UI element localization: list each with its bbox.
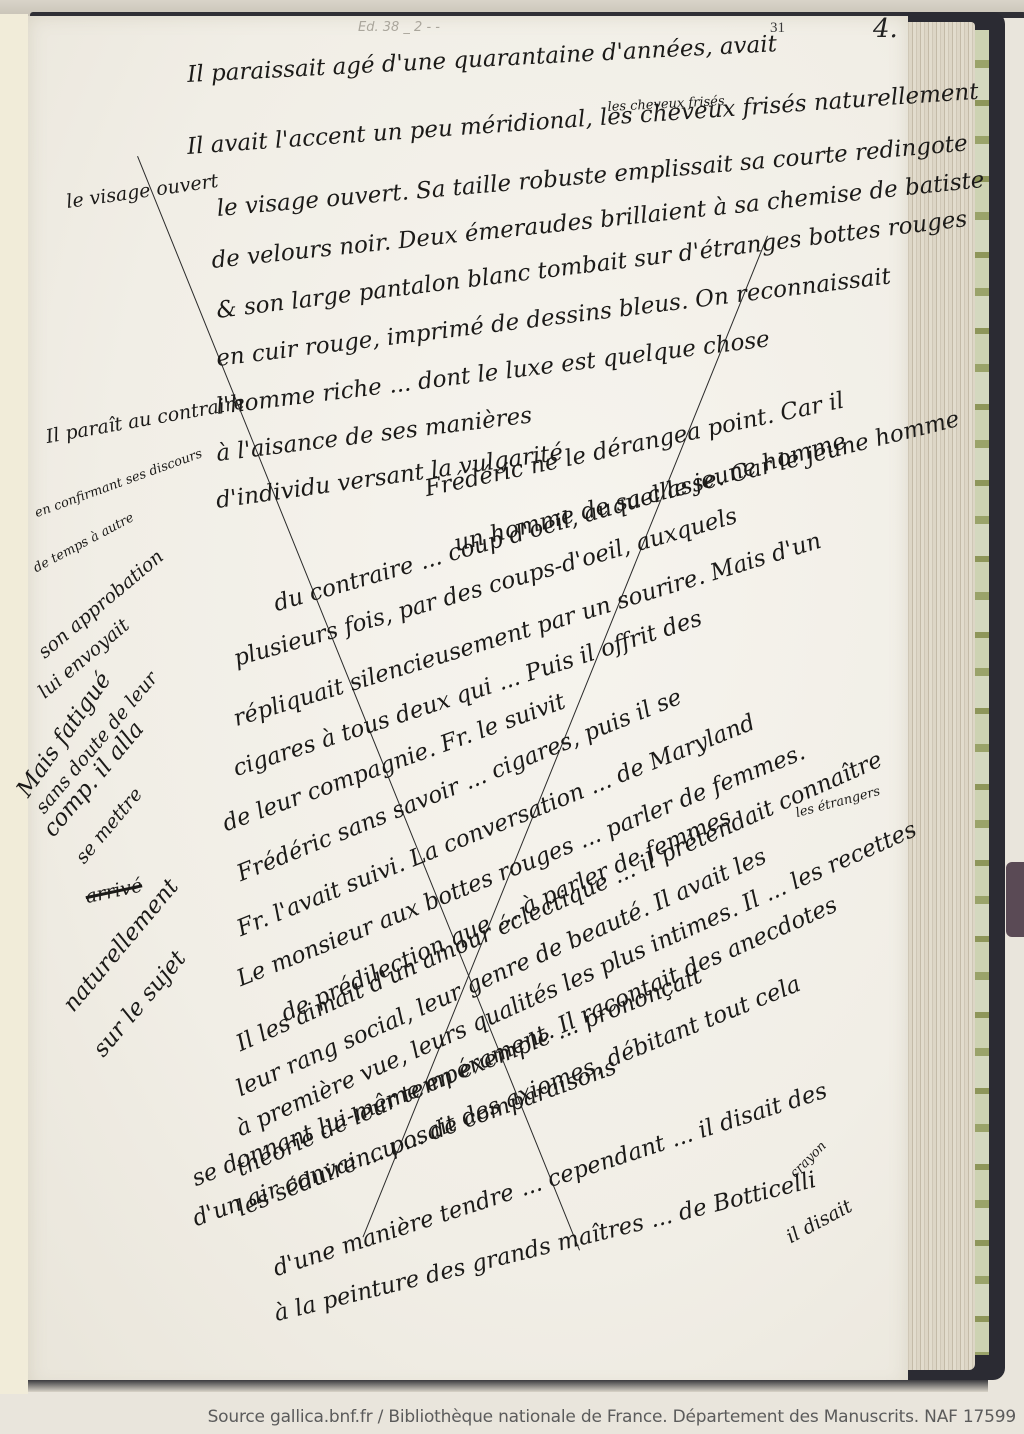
manuscript-page: Ed. 38 _ 2 - - 31 4. Il paraissait agé d… [28, 16, 908, 1389]
left-guard-strip [0, 14, 28, 1394]
margin-note: en confirmant ses discours [33, 446, 205, 521]
shelfmark-pencil-note: Ed. 38 _ 2 - - [358, 20, 440, 35]
margin-note: de temps à autre [31, 510, 137, 576]
source-credit: Source gallica.bnf.fr / Bibliothèque nat… [208, 1407, 1016, 1427]
manuscript-line: Il paraissait agé d'une quarantaine d'an… [187, 31, 778, 88]
margin-note: arrivé [83, 875, 144, 908]
folio-mark: 4. [873, 14, 898, 44]
binding-bottom-edge [28, 1380, 988, 1392]
margin-note: le visage ouvert [65, 170, 220, 213]
bookmark-tab [1006, 862, 1024, 937]
margin-note: Il paraît au contraire [44, 391, 246, 448]
margin-note: il disait [783, 1195, 856, 1248]
marbled-endpaper [975, 30, 989, 1355]
